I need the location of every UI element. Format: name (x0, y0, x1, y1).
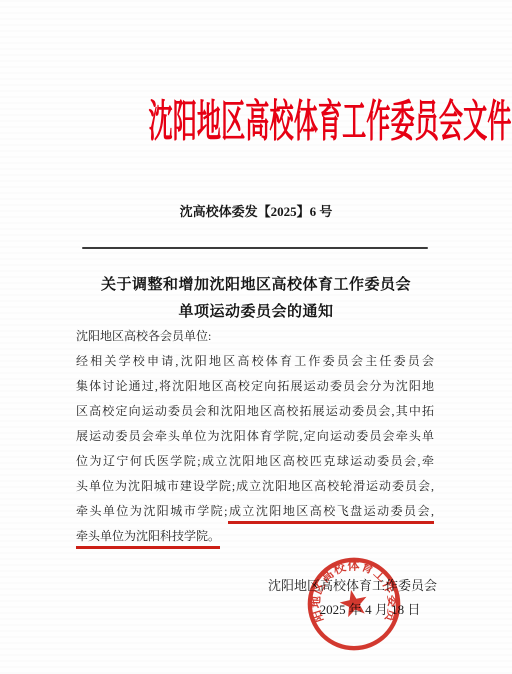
body-line: 牵头单位为沈阳城市学院;成立沈阳地区高校飞盘运动委员会, (76, 499, 434, 524)
salutation: 沈阳地区高校各会员单位: (76, 324, 434, 349)
notice-title: 关于调整和增加沈阳地区高校体育工作委员会 单项运动委员会的通知 (0, 271, 512, 325)
body-text-segment: 牵头单位为沈阳城市学院; (76, 504, 228, 518)
body-line: 展运动委员会牵头单位为沈阳体育学院,定向运动委员会牵头单 (76, 424, 434, 449)
header-divider-rule (82, 247, 428, 249)
notice-title-line1: 关于调整和增加沈阳地区高校体育工作委员会 (0, 271, 512, 298)
body-line: 集体讨论通过,将沈阳地区高校定向拓展运动委员会分为沈阳地 (76, 374, 434, 399)
star-icon (338, 587, 370, 618)
red-underline-segment: 成立沈阳地区高校飞盘运动委员会, (228, 504, 435, 524)
body-line: 头单位为沈阳城市建设学院;成立沈阳地区高校轮滑运动委员会, (76, 474, 434, 499)
red-underline-segment: 牵头单位为沈阳科技学院。 (76, 529, 220, 549)
body-line: 位为辽宁何氏医学院;成立沈阳地区高校匹克球运动委员会,牵 (76, 449, 434, 474)
body-line: 牵头单位为沈阳科技学院。 (76, 524, 434, 549)
scanned-official-document-page: 沈阳地区高校体育工作委员会文件 沈高校体委发【2025】6 号 关于调整和增加沈… (0, 0, 512, 674)
body-line: 经相关学校申请,沈阳地区高校体育工作委员会主任委员会 (76, 349, 434, 374)
body-line: 区高校定向运动委员会和沈阳地区高校拓展运动委员会,其中拓 (76, 399, 434, 424)
seal-arc-text: 沈阳地区高校体育工作委员会 (306, 556, 401, 624)
seal-graphic: 沈阳地区高校体育工作委员会 (306, 556, 402, 652)
official-seal-stamp: 沈阳地区高校体育工作委员会 (306, 556, 402, 652)
letterhead-title: 沈阳地区高校体育工作委员会文件 (149, 96, 512, 148)
letterhead-banner: 沈阳地区高校体育工作委员会文件 (0, 96, 512, 152)
notice-body: 沈阳地区高校各会员单位: 经相关学校申请,沈阳地区高校体育工作委员会主任委员会 … (76, 324, 434, 549)
notice-title-line2: 单项运动委员会的通知 (0, 298, 512, 325)
document-number: 沈高校体委发【2025】6 号 (0, 203, 512, 221)
